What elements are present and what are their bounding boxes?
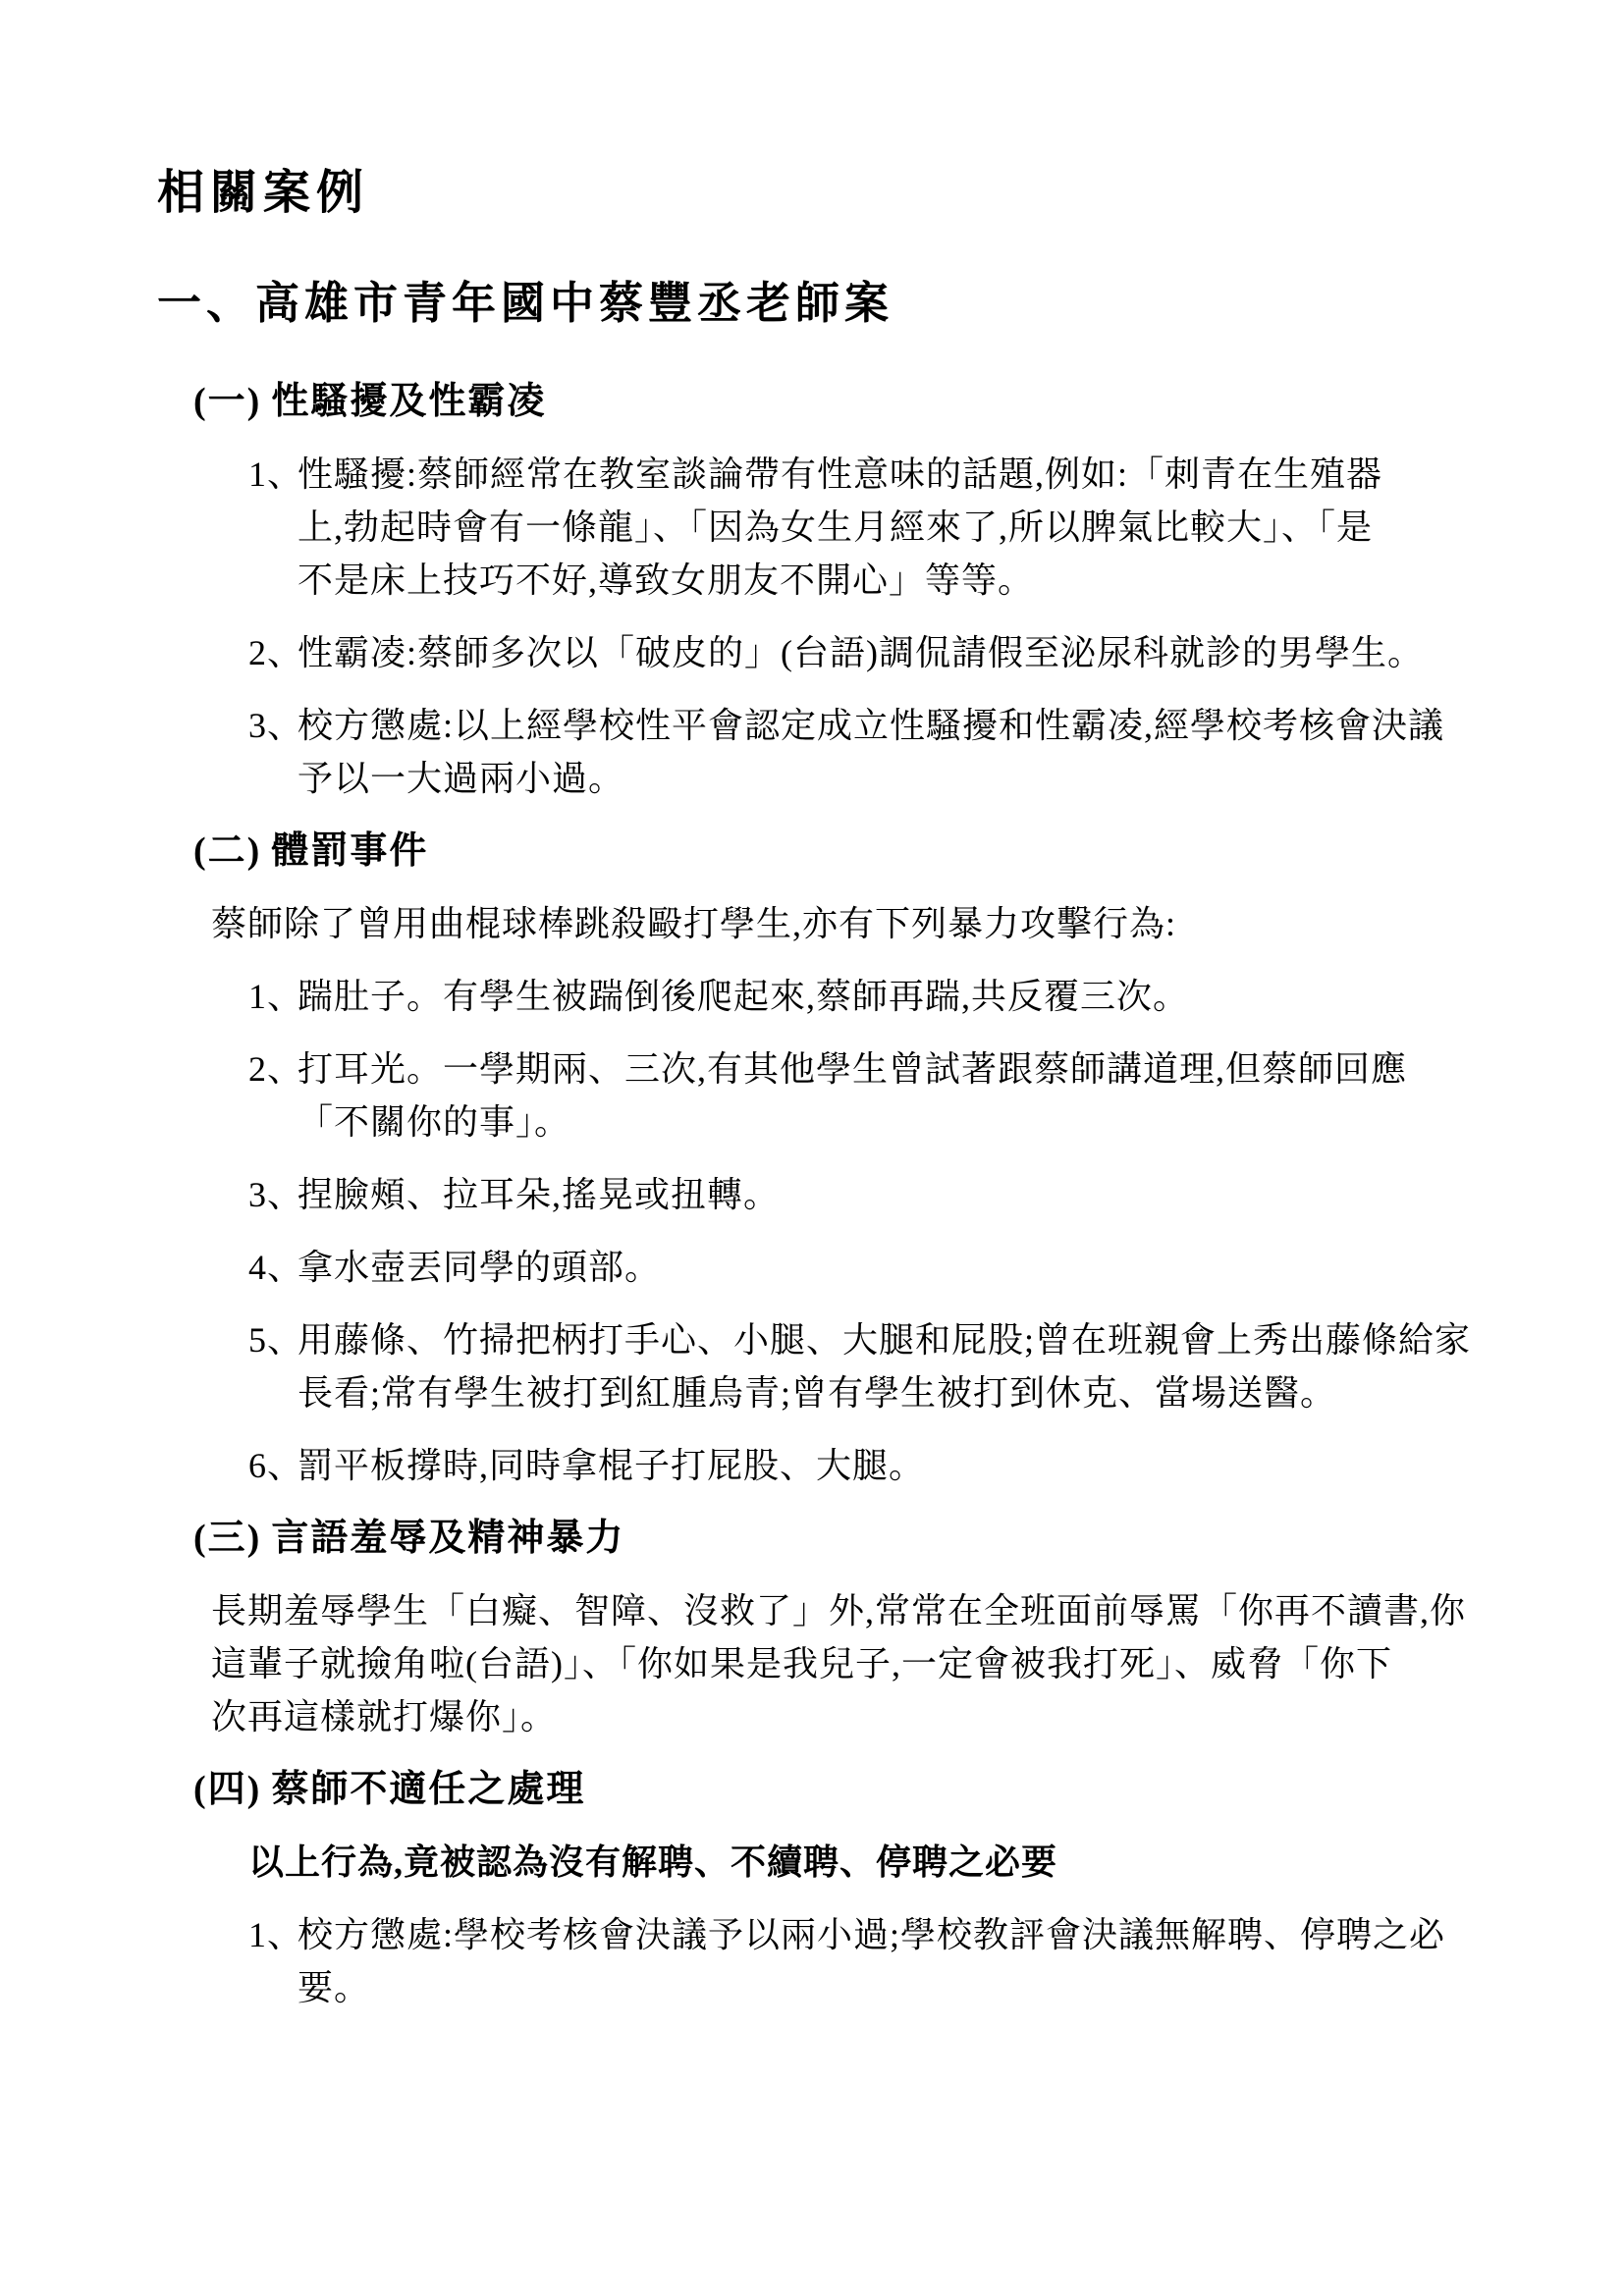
subheading-label: (一) (193, 381, 261, 422)
list-item-number: 5、 (248, 1313, 298, 1366)
list-item-number: 3、 (248, 699, 298, 752)
paragraph: 蔡師除了曾用曲棍球棒跳殺毆打學生,亦有下列暴力攻擊行為: (211, 897, 1492, 950)
list-item: 2、打耳光。一學期兩、三次,有其他學生曾試著跟蔡師講道理,但蔡師回應 「不關你的… (248, 1042, 1492, 1148)
list-item-text: 校方懲處:以上經學校性平會認定成立性騷擾和性霸凌,經學校考核會決議 予以一大過兩… (298, 699, 1492, 805)
document-page: 相關案例 一、高雄市青年國中蔡豐丞老師案 (一)性騷擾及性霸凌1、性騷擾:蔡師經… (0, 0, 1624, 2296)
list: 1、踹肚子。有學生被踹倒後爬起來,蔡師再踹,共反覆三次。2、打耳光。一學期兩、三… (248, 970, 1492, 1492)
list-item-number: 4、 (248, 1241, 298, 1294)
list-item: 6、罰平板撐時,同時拿棍子打屁股、大腿。 (248, 1439, 1492, 1492)
subheading-label: (二) (193, 830, 261, 872)
list-item: 1、性騷擾:蔡師經常在教室談論帶有性意味的話題,例如:「刺青在生殖器 上,勃起時… (248, 448, 1492, 607)
subheading-label: (四) (193, 1769, 261, 1810)
list-item-number: 2、 (248, 626, 298, 679)
list-item: 1、踹肚子。有學生被踹倒後爬起來,蔡師再踹,共反覆三次。 (248, 970, 1492, 1023)
list-item: 4、拿水壺丟同學的頭部。 (248, 1241, 1492, 1294)
list-item-text: 罰平板撐時,同時拿棍子打屁股、大腿。 (298, 1439, 1492, 1492)
subheading: (四)蔡師不適任之處理 (193, 1763, 1492, 1816)
doc-title: 相關案例 (157, 165, 1492, 222)
list-item-number: 3、 (248, 1168, 298, 1221)
list-item-text: 打耳光。一學期兩、三次,有其他學生曾試著跟蔡師講道理,但蔡師回應 「不關你的事」… (298, 1042, 1492, 1148)
subheading: (三)言語羞辱及精神暴力 (193, 1512, 1492, 1565)
subheading-text: 體罰事件 (271, 830, 428, 872)
subheading-text: 性騷擾及性霸凌 (271, 381, 546, 422)
list-item-number: 1、 (248, 1908, 298, 1961)
subheading: (二)體罰事件 (193, 825, 1492, 878)
paragraph: 長期羞辱學生「白癡、智障、沒救了」外,常常在全班面前辱罵「你再不讀書,你 這輩子… (211, 1584, 1492, 1743)
subheading-text: 言語羞辱及精神暴力 (271, 1518, 624, 1559)
document-blocks: (一)性騷擾及性霸凌1、性騷擾:蔡師經常在教室談論帶有性意味的話題,例如:「刺青… (157, 375, 1492, 2014)
list-item-text: 性騷擾:蔡師經常在教室談論帶有性意味的話題,例如:「刺青在生殖器 上,勃起時會有… (298, 448, 1492, 607)
list-item-text: 拿水壺丟同學的頭部。 (298, 1241, 1492, 1294)
document-content: 相關案例 一、高雄市青年國中蔡豐丞老師案 (一)性騷擾及性霸凌1、性騷擾:蔡師經… (157, 165, 1492, 2034)
section-heading: 一、高雄市青年國中蔡豐丞老師案 (157, 275, 1492, 332)
list-item-text: 性霸凌:蔡師多次以「破皮的」(台語)調侃請假至泌尿科就診的男學生。 (298, 626, 1492, 679)
list-item-number: 1、 (248, 448, 298, 501)
list-item: 2、性霸凌:蔡師多次以「破皮的」(台語)調侃請假至泌尿科就診的男學生。 (248, 626, 1492, 679)
list-item-text: 踹肚子。有學生被踹倒後爬起來,蔡師再踹,共反覆三次。 (298, 970, 1492, 1023)
list-item: 5、用藤條、竹掃把柄打手心、小腿、大腿和屁股;曾在班親會上秀出藤條給家 長看;常… (248, 1313, 1492, 1419)
list-item-number: 2、 (248, 1042, 298, 1095)
list: 1、校方懲處:學校考核會決議予以兩小過;學校教評會決議無解聘、停聘之必 要。 (248, 1908, 1492, 2014)
subheading: (一)性騷擾及性霸凌 (193, 375, 1492, 428)
list: 1、性騷擾:蔡師經常在教室談論帶有性意味的話題,例如:「刺青在生殖器 上,勃起時… (248, 448, 1492, 805)
list-item: 3、校方懲處:以上經學校性平會認定成立性騷擾和性霸凌,經學校考核會決議 予以一大… (248, 699, 1492, 805)
list-item-number: 1、 (248, 970, 298, 1023)
list-item: 3、捏臉頰、拉耳朵,搖晃或扭轉。 (248, 1168, 1492, 1221)
list-item-text: 校方懲處:學校考核會決議予以兩小過;學校教評會決議無解聘、停聘之必 要。 (298, 1908, 1492, 2014)
list-item: 1、校方懲處:學校考核會決議予以兩小過;學校教評會決議無解聘、停聘之必 要。 (248, 1908, 1492, 2014)
subheading-text: 蔡師不適任之處理 (271, 1769, 585, 1810)
list-item-text: 捏臉頰、拉耳朵,搖晃或扭轉。 (298, 1168, 1492, 1221)
list-item-number: 6、 (248, 1439, 298, 1492)
emphasis-line: 以上行為,竟被認為沒有解聘、不續聘、停聘之必要 (248, 1836, 1492, 1889)
list-item-text: 用藤條、竹掃把柄打手心、小腿、大腿和屁股;曾在班親會上秀出藤條給家 長看;常有學… (298, 1313, 1492, 1419)
subheading-label: (三) (193, 1518, 261, 1559)
